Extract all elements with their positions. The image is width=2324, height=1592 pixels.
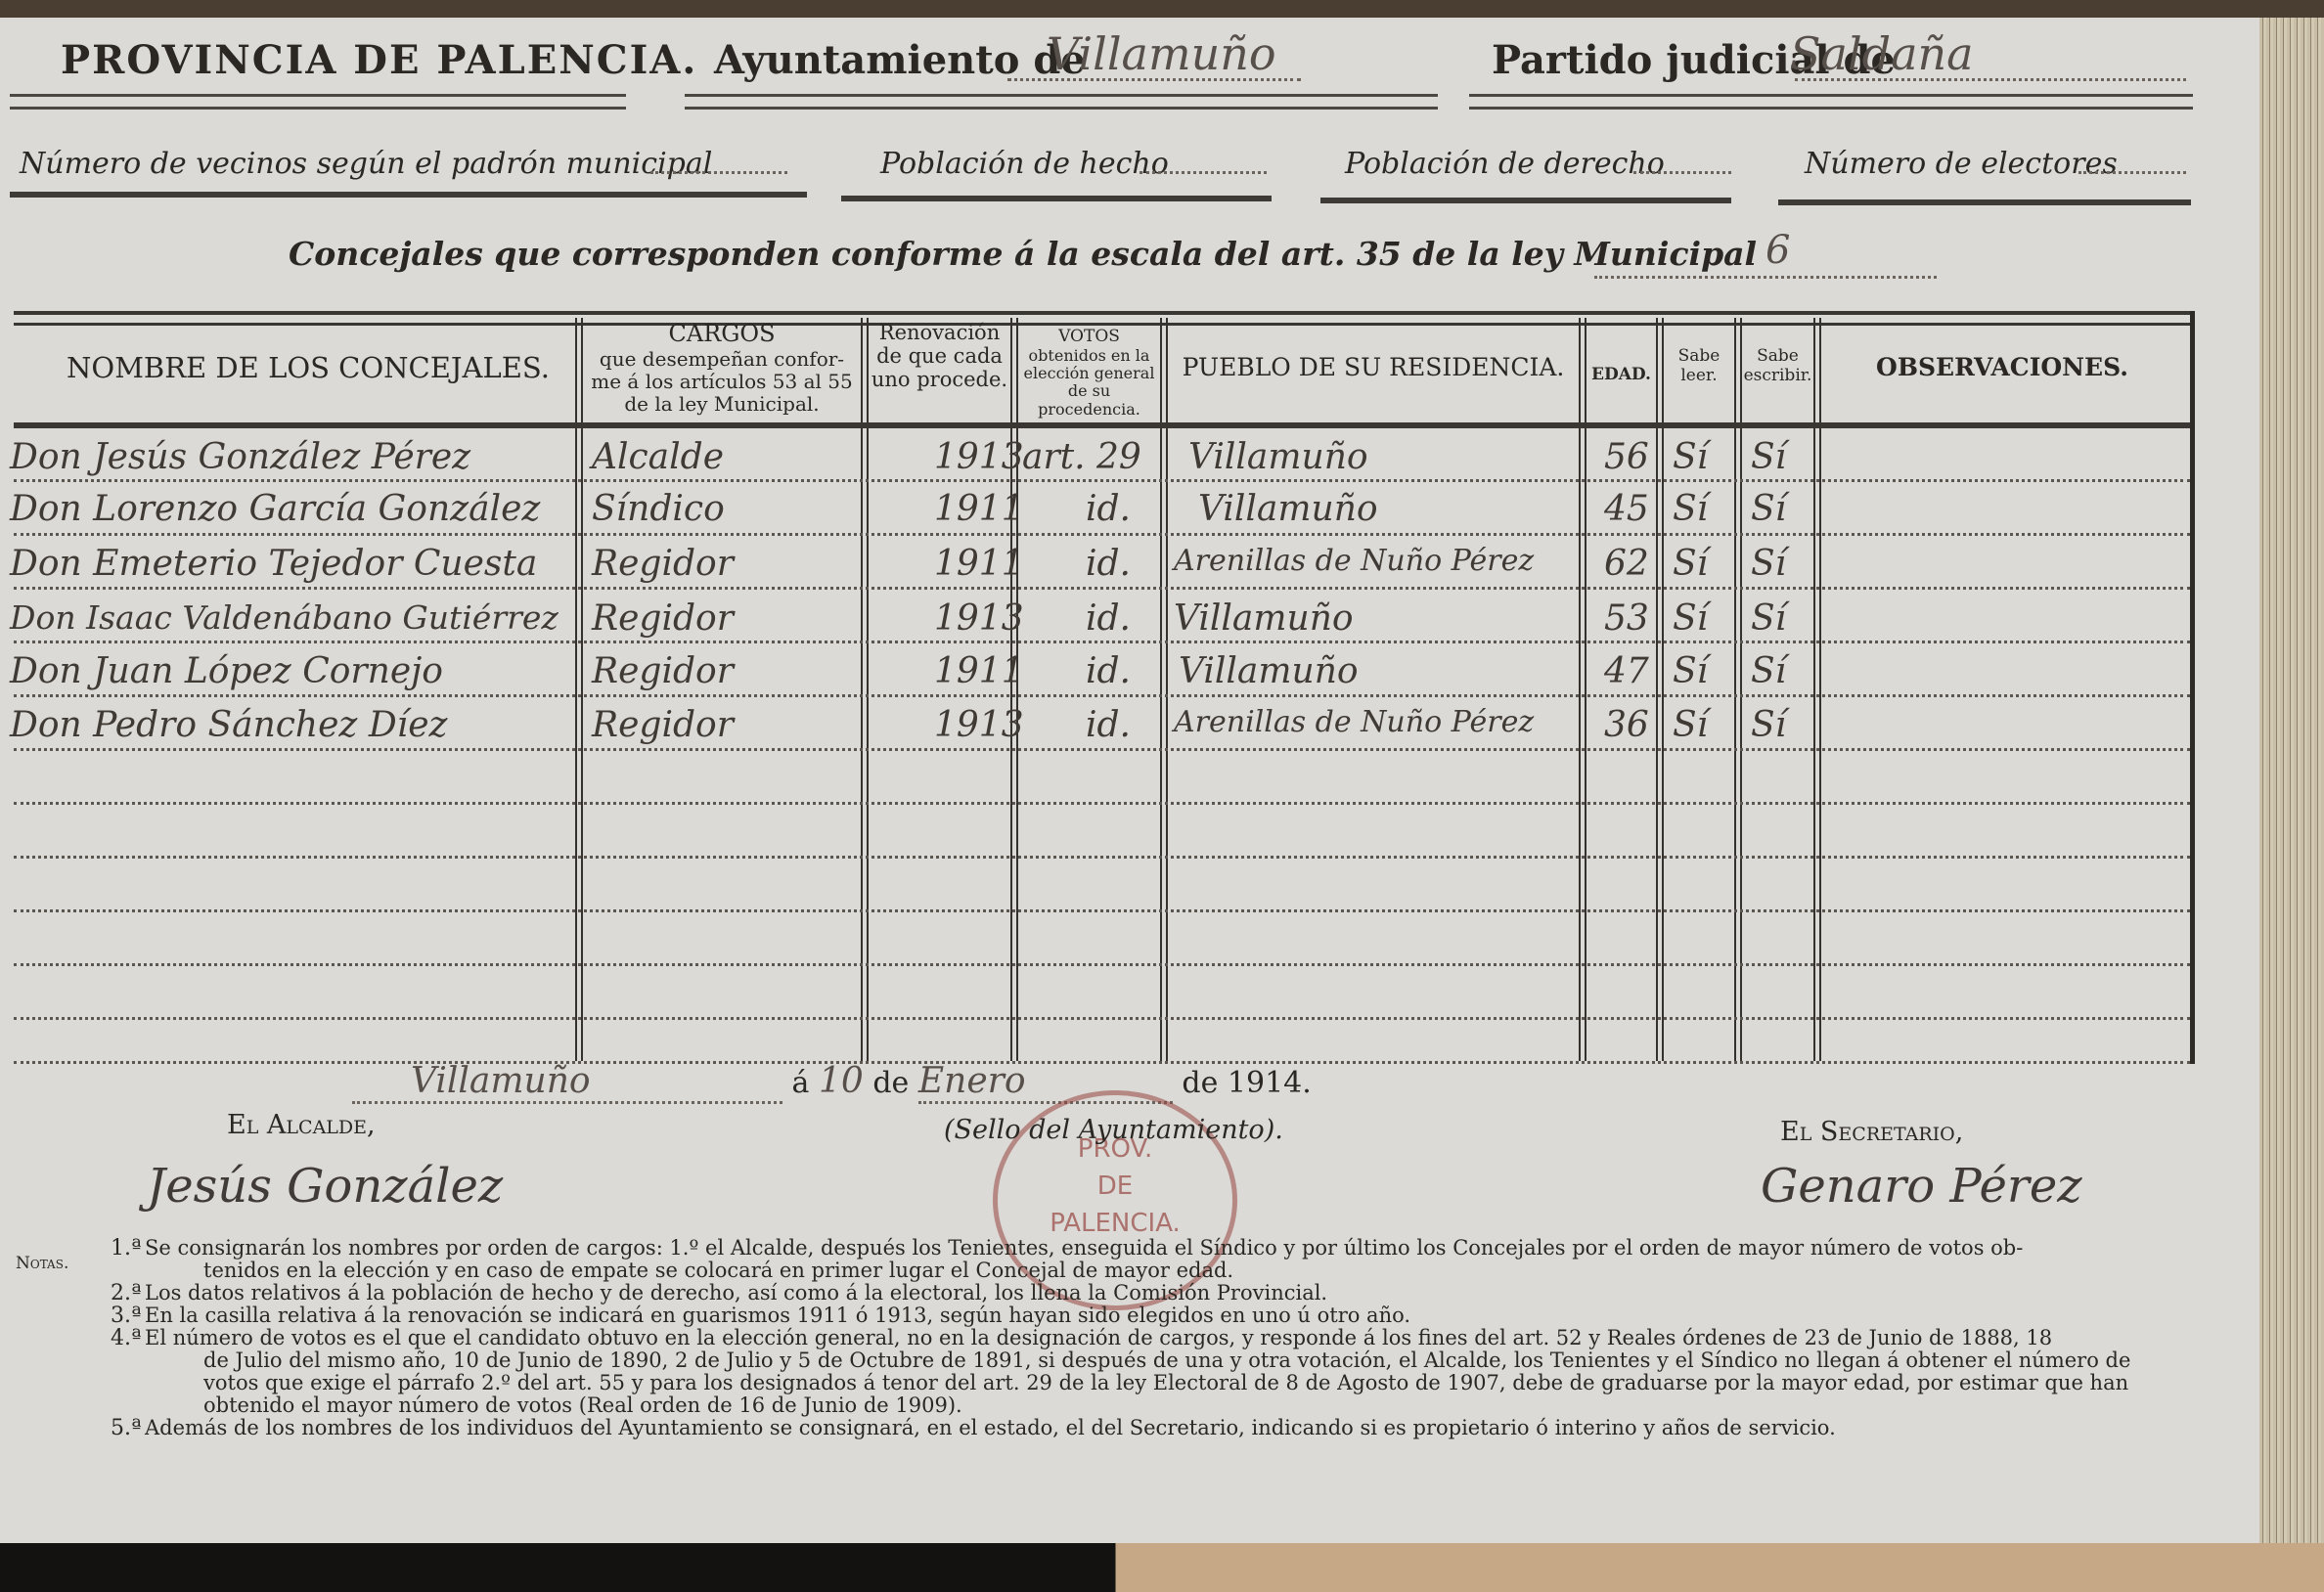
row-edad: 36 bbox=[1604, 705, 1649, 745]
row-cargo: Regidor bbox=[592, 705, 734, 745]
empty-row bbox=[14, 963, 2190, 1020]
row-leer: Sí bbox=[1673, 598, 1708, 639]
note-item: 1.ª Se consignarán los nombres por orden… bbox=[8, 1237, 2189, 1282]
vecinos-field[interactable] bbox=[650, 171, 787, 174]
notes-section: Notas. 1.ª Se consignarán los nombres po… bbox=[8, 1237, 2189, 1439]
alcalde-label: El Alcalde, bbox=[227, 1110, 376, 1140]
row-edad: 56 bbox=[1604, 437, 1649, 477]
secretario-signature: Genaro Pérez bbox=[1761, 1159, 2082, 1214]
empty-row bbox=[14, 1017, 2190, 1064]
row-escribir: Sí bbox=[1751, 489, 1786, 529]
row-leer: Sí bbox=[1673, 437, 1708, 477]
row-pueblo: Villamuño bbox=[1179, 651, 1359, 691]
date-year: de 1914. bbox=[1182, 1066, 1311, 1100]
concejales-label: Concejales que corresponden conforme á l… bbox=[289, 235, 1757, 273]
col-observaciones: OBSERVACIONES. bbox=[1821, 354, 2183, 382]
note-item: 3.ª En la casilla relativa á la renovaci… bbox=[8, 1305, 2189, 1327]
row-nombre: Don Jesús González Pérez bbox=[10, 437, 470, 477]
row-nombre: Don Emeterio Tejedor Cuesta bbox=[10, 544, 537, 584]
col-votos-title: VOTOS bbox=[1018, 328, 1160, 347]
row-nombre: Don Isaac Valdenábano Gutiérrez bbox=[10, 598, 559, 637]
col-cargos-title: CARGOS bbox=[583, 321, 861, 348]
col-pueblo: PUEBLO DE SU RESIDENCIA. bbox=[1168, 354, 1579, 382]
note-item: 2.ª Los datos relativos á la población d… bbox=[8, 1282, 2189, 1305]
date-day: 10 bbox=[819, 1061, 864, 1101]
concejales-dots bbox=[1594, 276, 1937, 279]
partido-value: Saldaña bbox=[1790, 27, 1974, 80]
col-nombre: NOMBRE DE LOS CONCEJALES. bbox=[59, 352, 558, 384]
book-binding-bottom bbox=[0, 1543, 2324, 1592]
census-rule-4 bbox=[1778, 199, 2191, 205]
row-votos: id. bbox=[1086, 489, 1131, 529]
date-place: Villamuño bbox=[352, 1061, 782, 1104]
census-rule-3 bbox=[1320, 198, 1731, 203]
book-page-edges bbox=[2259, 18, 2324, 1563]
row-edad: 62 bbox=[1604, 544, 1649, 584]
note-item: 4.ª El número de votos es el que el cand… bbox=[8, 1327, 2189, 1417]
ayuntamiento-label: Ayuntamiento de bbox=[714, 37, 1086, 83]
row-renovacion: 1911 bbox=[934, 544, 1024, 584]
row-votos: id. bbox=[1086, 705, 1131, 745]
electores-label: Número de electores bbox=[1805, 147, 2118, 181]
table-top-rule bbox=[14, 311, 2190, 326]
col-votos: VOTOS obtenidos en la elección general d… bbox=[1018, 328, 1160, 419]
header-rule-2 bbox=[685, 94, 1438, 110]
empty-row bbox=[14, 856, 2190, 912]
row-escribir: Sí bbox=[1751, 598, 1786, 639]
row-renovacion: 1911 bbox=[934, 651, 1024, 691]
book-binding-top bbox=[0, 0, 2324, 18]
row-votos: id. bbox=[1086, 544, 1131, 584]
sello-label: (Sello del Ayuntamiento). bbox=[944, 1115, 1283, 1145]
row-cargo: Regidor bbox=[592, 544, 734, 584]
col-votos-sub: obtenidos en la elección general de su p… bbox=[1018, 347, 1160, 420]
col-leer: Sabe leer. bbox=[1664, 347, 1734, 385]
row-votos: id. bbox=[1086, 598, 1131, 639]
date-a: á bbox=[792, 1066, 810, 1100]
poblacion-hecho-label: Población de hecho bbox=[880, 147, 1169, 181]
empty-row bbox=[14, 909, 2190, 966]
row-renovacion: 1913 bbox=[934, 437, 1024, 477]
alcalde-signature: Jesús González bbox=[147, 1159, 503, 1214]
row-nombre: Don Pedro Sánchez Díez bbox=[10, 705, 447, 745]
note-item: 5.ª Además de los nombres de los individ… bbox=[8, 1417, 2189, 1439]
header-bottom-rule bbox=[14, 422, 2190, 428]
ayuntamiento-value: Villamuño bbox=[1047, 27, 1276, 80]
row-votos: art. 29 bbox=[1022, 437, 1141, 477]
concejales-value: 6 bbox=[1765, 228, 1790, 273]
col-cargos-sub: que desempeñan confor- me á los artículo… bbox=[583, 348, 861, 416]
empty-row bbox=[14, 748, 2190, 805]
partido-dots bbox=[1795, 78, 2186, 81]
row-leer: Sí bbox=[1673, 705, 1708, 745]
secretario-label: El Secretario, bbox=[1780, 1117, 1963, 1147]
row-pueblo: Villamuño bbox=[1198, 489, 1378, 529]
header-rule-3 bbox=[1469, 94, 2193, 110]
row-escribir: Sí bbox=[1751, 705, 1786, 745]
col-edad: EDAD. bbox=[1587, 366, 1656, 385]
row-renovacion: 1913 bbox=[934, 598, 1024, 639]
col-cargos: CARGOS que desempeñan confor- me á los a… bbox=[583, 321, 861, 416]
poblacion-derecho-field[interactable] bbox=[1633, 171, 1731, 174]
row-pueblo: Arenillas de Nuño Pérez bbox=[1174, 544, 1534, 578]
row-cargo: Síndico bbox=[592, 489, 725, 529]
row-escribir: Sí bbox=[1751, 437, 1786, 477]
row-escribir: Sí bbox=[1751, 651, 1786, 691]
row-leer: Sí bbox=[1673, 651, 1708, 691]
vecinos-label: Número de vecinos según el padrón munici… bbox=[20, 147, 712, 181]
electores-field[interactable] bbox=[2078, 171, 2186, 174]
col-renovacion: Renovación de que cada uno procede. bbox=[869, 321, 1010, 391]
col-escribir: Sabe escribir. bbox=[1742, 347, 1813, 385]
row-leer: Sí bbox=[1673, 489, 1708, 529]
row-nombre: Don Lorenzo García González bbox=[10, 489, 540, 529]
row-edad: 53 bbox=[1604, 598, 1649, 639]
row-cargo: Alcalde bbox=[592, 437, 724, 477]
row-edad: 47 bbox=[1604, 651, 1649, 691]
row-cargo: Regidor bbox=[592, 598, 734, 639]
row-votos: id. bbox=[1086, 651, 1131, 691]
row-pueblo: Villamuño bbox=[1174, 598, 1354, 639]
census-rule-1 bbox=[10, 192, 807, 198]
row-leer: Sí bbox=[1673, 544, 1708, 584]
poblacion-hecho-field[interactable] bbox=[1140, 171, 1267, 174]
provincia-title: PROVINCIA DE PALENCIA. bbox=[61, 37, 697, 83]
census-rule-2 bbox=[841, 196, 1272, 201]
row-renovacion: 1913 bbox=[934, 705, 1024, 745]
poblacion-derecho-label: Población de derecho bbox=[1345, 147, 1665, 181]
row-cargo: Regidor bbox=[592, 651, 734, 691]
row-escribir: Sí bbox=[1751, 544, 1786, 584]
row-pueblo: Arenillas de Nuño Pérez bbox=[1174, 705, 1534, 739]
row-nombre: Don Juan López Cornejo bbox=[10, 651, 443, 691]
ayuntamiento-dots bbox=[1007, 78, 1301, 81]
date-line: Villamuño á 10 de Enero de 1914. bbox=[352, 1061, 1312, 1104]
row-renovacion: 1911 bbox=[934, 489, 1024, 529]
row-pueblo: Villamuño bbox=[1188, 437, 1368, 477]
empty-row bbox=[14, 802, 2190, 859]
header-rule-1 bbox=[10, 94, 626, 110]
date-de: de bbox=[872, 1066, 909, 1100]
row-edad: 45 bbox=[1604, 489, 1649, 529]
